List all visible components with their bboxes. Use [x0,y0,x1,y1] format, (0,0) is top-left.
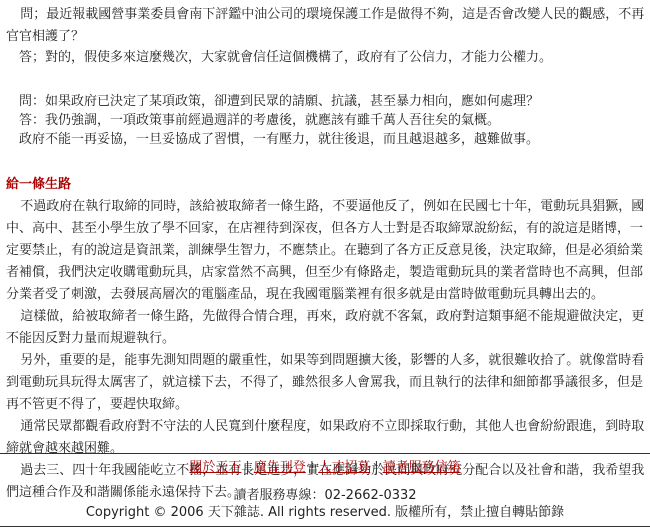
section-heading: 給一條生路 [6,174,648,196]
link-reader-service-mailbox[interactable]: 讀者服務信箱 [383,460,461,475]
page-footer: 關於天下|廣告刊登|人才招募|讀者服務信箱 讀者服務專線：02-2662-033… [0,453,650,524]
paragraph-1: 不過政府在執行取締的同時，該給被取締者一條生路，不要逼他反了，例如在民國七十年，… [6,196,648,306]
article-body: 問；最近報載國營事業委員會南下評鑑中油公司的環境保護工作是做得不夠，這是否會改變… [0,0,650,504]
answer-1: 答；對的，假使多來這麼幾次，大家就會信任這個機構了，政府有了公信力，才能力公權力… [6,48,648,68]
link-advertising[interactable]: 廣告刊登 [254,460,306,475]
answer-2-continuation: 政府不能一再妥協，一旦妥協成了習慣，一有壓力，就往後退，而且越退越多，越難做事。 [6,130,648,149]
link-careers[interactable]: 人才招募 [318,460,370,475]
link-separator: | [245,460,249,475]
hotline-text: 讀者服務專線：02-2662-0332 [0,487,650,504]
qa-block-2: 問：如果政府已決定了某項政策，卻遭到民眾的請願、抗議，甚至暴力相向，應如何處理？… [6,92,648,149]
question-2: 問：如果政府已決定了某項政策，卻遭到民眾的請願、抗議，甚至暴力相向，應如何處理？ [6,92,648,111]
paragraph-2: 這樣做，給被取締者一條生路，先做得合情合理，再來，政府就不客氣，政府對這類事絕不… [6,306,648,350]
link-about[interactable]: 關於天下 [189,460,241,475]
copyright-text: Copyright © 2006 天下雜誌. All rights reserv… [0,504,650,521]
answer-2: 答：我仍強調，一項政策事前經過週詳的考慮後，就應該有雖千萬人吾往矣的氣概。 [6,111,648,130]
link-separator: | [310,460,314,475]
paragraph-3: 另外，重要的是，能事先測知問題的嚴重性，如果等到問題擴大後，影響的人多，就很難收… [6,350,648,416]
link-separator: | [374,460,378,475]
footer-info: 讀者服務專線：02-2662-0332 Copyright © 2006 天下雜… [0,487,650,521]
qa-block-1: 問；最近報載國營事業委員會南下評鑑中油公司的環境保護工作是做得不夠，這是否會改變… [6,0,648,68]
footer-links: 關於天下|廣告刊登|人才招募|讀者服務信箱 [0,454,650,478]
question-1: 問；最近報載國營事業委員會南下評鑑中油公司的環境保護工作是做得不夠，這是否會改變… [6,4,648,48]
